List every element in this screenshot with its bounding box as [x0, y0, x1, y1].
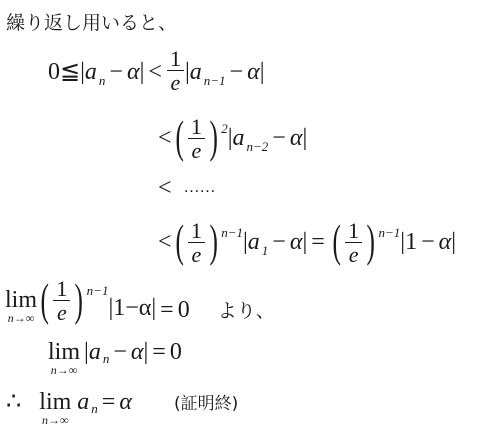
fraction-1-over-e: 1e: [188, 220, 205, 267]
equals: =: [160, 297, 174, 323]
lim-word: lim: [5, 288, 37, 312]
abs-expression: |1−α|: [108, 295, 156, 321]
exponent: n−1: [378, 225, 400, 240]
subscript: n: [103, 351, 110, 366]
lim-subscript: n→∞: [48, 364, 80, 377]
right-paren: ): [209, 114, 217, 160]
abs-bar: |: [140, 59, 145, 85]
var-a: a: [233, 125, 245, 151]
denominator: e: [188, 243, 205, 267]
inequality-line-4: <(1e)n−1|a1−α|=(1e)n−1|1−α|: [158, 220, 456, 267]
abs-bar: |: [260, 59, 265, 85]
denominator: e: [345, 243, 362, 267]
alpha: α: [131, 339, 144, 365]
alpha: α: [439, 229, 452, 255]
alpha: α: [119, 389, 132, 415]
limit-line-2: limn→∞|an−α|=0: [48, 340, 182, 377]
exponent: n−1: [87, 283, 109, 298]
conclusion-line: ∴limn→∞an=α (証明終): [6, 390, 238, 427]
inequality-line-1: 0≦|an−α|<1e|an−1−α|: [48, 50, 265, 97]
limit-operator: limn→∞: [5, 288, 37, 325]
fraction-1-over-e: 1e: [188, 116, 205, 163]
left-paren: (: [175, 114, 183, 160]
left-paren: (: [40, 277, 48, 323]
minus: −: [113, 339, 127, 365]
alpha: α: [290, 229, 303, 255]
conclusion-text: より、: [218, 300, 275, 322]
left-paren: (: [175, 218, 183, 264]
equals: =: [102, 389, 116, 415]
lt-symbol: <: [158, 229, 172, 255]
var-a: a: [85, 59, 97, 85]
var-a: a: [89, 339, 101, 365]
denominator: e: [53, 301, 70, 325]
ellipsis: ……: [184, 179, 216, 196]
left-paren: (: [332, 218, 340, 264]
alpha: α: [127, 59, 140, 85]
lim-subscript: n→∞: [5, 312, 37, 325]
lim-word: lim: [39, 390, 71, 414]
fraction-1-over-e: 1e: [345, 220, 362, 267]
numerator: 1: [53, 278, 70, 300]
subscript: n: [99, 73, 106, 88]
limit-operator: limn→∞: [39, 390, 71, 427]
subscript: n−2: [247, 139, 269, 154]
limit-line-1: limn→∞(1e)n−1|1−α|=0 より、: [5, 288, 275, 335]
zero: 0: [48, 59, 60, 85]
abs-bar: |: [302, 229, 307, 255]
qed-text: (証明終): [174, 394, 238, 414]
minus: −: [272, 229, 286, 255]
var-a: a: [77, 389, 89, 415]
minus: −: [109, 59, 123, 85]
lim-word: lim: [48, 340, 80, 364]
one: 1: [405, 229, 417, 255]
subscript: 1: [262, 243, 269, 258]
lim-subscript: n→∞: [39, 414, 71, 427]
denominator: e: [188, 139, 205, 163]
equals: =: [152, 339, 166, 365]
abs-bar: |: [143, 339, 148, 365]
abs-bar: |: [302, 125, 307, 151]
inequality-line-3: < ……: [158, 176, 216, 200]
leq-symbol: ≦: [60, 59, 80, 85]
minus: −: [421, 229, 435, 255]
limit-operator: limn→∞: [48, 340, 80, 377]
fraction-1-over-e: 1e: [53, 278, 70, 325]
exponent: n−1: [221, 225, 243, 240]
numerator: 1: [188, 116, 205, 138]
right-paren: ): [209, 218, 217, 264]
var-a: a: [190, 59, 202, 85]
intro-text: 繰り返し用いると、: [6, 8, 177, 35]
zero: 0: [178, 297, 190, 323]
lt-symbol: <: [148, 59, 162, 85]
var-a: a: [248, 229, 260, 255]
minus: −: [230, 59, 244, 85]
inequality-line-2: <(1e)2|an−2−α|: [158, 116, 307, 163]
minus: −: [272, 125, 286, 151]
lt-symbol: <: [158, 175, 172, 201]
abs-bar: |: [451, 229, 456, 255]
right-paren: ): [75, 277, 83, 323]
subscript: n−1: [204, 73, 226, 88]
exponent: 2: [221, 121, 228, 136]
numerator: 1: [345, 220, 362, 242]
zero: 0: [170, 339, 182, 365]
alpha: α: [247, 59, 260, 85]
numerator: 1: [167, 48, 184, 70]
lt-symbol: <: [158, 125, 172, 151]
denominator: e: [167, 71, 184, 95]
fraction-1-over-e: 1e: [167, 48, 184, 95]
alpha: α: [290, 125, 303, 151]
therefore-symbol: ∴: [6, 389, 21, 415]
right-paren: ): [367, 218, 375, 264]
numerator: 1: [188, 220, 205, 242]
subscript: n: [91, 401, 98, 416]
equals: =: [311, 229, 325, 255]
